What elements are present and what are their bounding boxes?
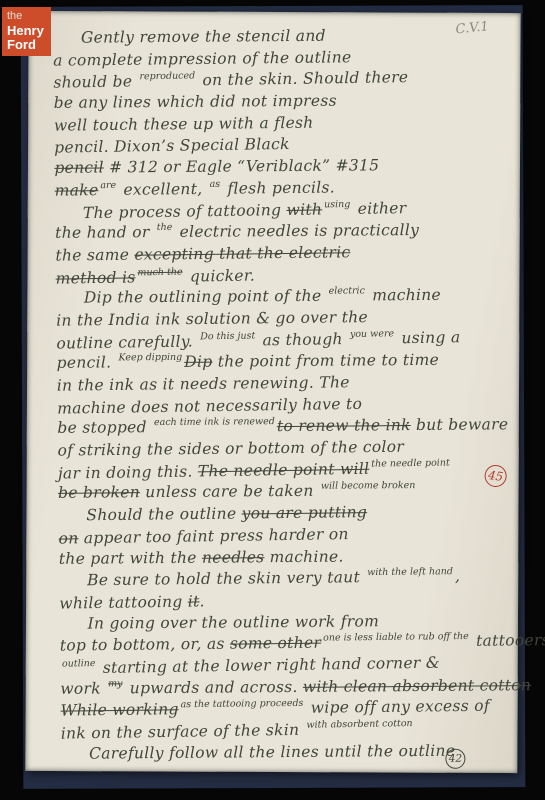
- inserted-text: with absorbent cotton: [306, 718, 412, 731]
- handwritten-text: tattooers recommend,: [471, 630, 545, 650]
- handwritten-text: in the ink as it needs renewing. The: [57, 373, 350, 394]
- handwritten-text: top to bottom, or, as: [60, 635, 230, 655]
- handwritten-text: be any lines which did not impress: [54, 92, 337, 112]
- handwritten-text: flesh pencils.: [222, 178, 335, 197]
- henry-ford-logo: the Henry Ford: [2, 7, 51, 56]
- handwritten-text: be stopped: [57, 418, 152, 437]
- struck-text: with: [286, 200, 322, 219]
- inserted-text: Do this just: [200, 330, 255, 342]
- handwritten-text: electric needles is practically: [174, 221, 419, 241]
- handwritten-text: well touch these up with a flesh: [54, 113, 314, 134]
- struck-text: to renew the ink: [277, 416, 411, 435]
- manuscript-line: be broken unless care be taken will beco…: [58, 480, 512, 505]
- struck-text: pencil: [54, 159, 104, 177]
- handwritten-text: while tattooing: [59, 592, 188, 612]
- handwritten-text: The process of tattooing: [83, 200, 287, 221]
- struck-text: be broken: [58, 484, 140, 503]
- handwritten-text: upwards and across.: [124, 678, 302, 697]
- handwritten-text: starting at the lower right hand corner …: [97, 654, 440, 677]
- handwritten-text: appear too faint press harder on: [78, 525, 349, 547]
- manuscript-line: pencil. Keep dippingDip the point from t…: [57, 350, 511, 375]
- handwritten-text: machine: [367, 286, 441, 305]
- inserted-text: electric: [329, 286, 365, 297]
- handwritten-text: ,: [455, 567, 460, 585]
- handwritten-text: pencil.: [57, 354, 117, 372]
- logo-text-henry: Henry: [7, 24, 51, 37]
- struck-text: it: [188, 592, 200, 610]
- struck-insertion: much the: [137, 266, 182, 278]
- circled-page-number: 42: [445, 749, 465, 769]
- handwritten-text: unless care be taken: [140, 482, 319, 501]
- struck-text: method is: [56, 268, 136, 287]
- manuscript-line: work my upwards and across. with clean a…: [60, 675, 514, 700]
- handwritten-text: as though: [257, 330, 348, 349]
- handwritten-text: ink on the surface of the skin: [61, 721, 305, 743]
- inserted-text: reproduced: [139, 71, 195, 83]
- inserted-text: using: [324, 198, 350, 209]
- handwritten-text: work: [60, 679, 106, 697]
- manuscript-lines: Gently remove the stencil and a complete…: [53, 23, 515, 765]
- inserted-text: one is less liable to rub off the: [323, 631, 469, 644]
- struck-text: with clean absorbent cotton: [303, 676, 531, 696]
- inserted-text: you were: [350, 328, 394, 340]
- handwritten-text: the hand or: [55, 223, 155, 242]
- handwritten-text: using a: [396, 328, 461, 347]
- handwritten-text: but beware: [411, 416, 509, 435]
- inserted-text: the needle point: [371, 457, 450, 469]
- handwritten-text: In going over the outline work from: [88, 612, 380, 632]
- handwritten-text: Dip the outlining point of the: [84, 287, 327, 307]
- struck-text: excepting that the electric: [134, 243, 350, 263]
- handwritten-text: the point from time to time: [212, 351, 439, 371]
- manuscript-line: be any lines which did not impress: [54, 89, 508, 114]
- manuscript-line: Dip the outlining point of the electric …: [56, 285, 510, 310]
- handwritten-text: a complete impression of the outline: [53, 48, 351, 69]
- struck-insertion: my: [108, 678, 122, 689]
- handwritten-text: of striking the sides or bottom of the c…: [58, 438, 405, 460]
- manuscript-line: be stopped each time ink is renewedto re…: [57, 415, 511, 440]
- handwritten-text: should be: [53, 73, 137, 92]
- handwritten-text: in the India ink solution & go over the: [56, 308, 368, 330]
- handwritten-text: outline carefully.: [56, 332, 198, 352]
- handwritten-text: on the skin. Should there: [197, 68, 408, 89]
- struck-text: needles: [202, 548, 265, 566]
- handwritten-text: Carefully follow all the lines until the…: [89, 741, 455, 762]
- manuscript-line: the hand or the electric needles is prac…: [55, 219, 509, 244]
- struck-text: Dip: [184, 353, 212, 371]
- handwritten-text: .: [199, 592, 205, 610]
- struck-text: make: [55, 181, 99, 199]
- handwritten-text: jar in doing this.: [58, 462, 198, 482]
- inserted-text: will become broken: [321, 480, 416, 492]
- inserted-text: as the tattooing proceeds: [181, 698, 304, 710]
- struck-text: on: [58, 529, 78, 547]
- inserted-text: are: [100, 180, 116, 191]
- inserted-text: Keep dipping: [118, 352, 182, 364]
- handwritten-text: excellent,: [118, 180, 208, 199]
- inserted-text: each time ink is renewed: [154, 416, 275, 428]
- struck-text: you are putting: [242, 503, 368, 522]
- handwritten-text: machine does not necessarily have to: [57, 395, 362, 418]
- inserted-text: with the left hand: [367, 566, 453, 578]
- manuscript-page: C.V.1 Gently remove the stencil and a co…: [25, 11, 520, 773]
- inserted-text: outline: [62, 658, 96, 670]
- inserted-text: the: [157, 222, 173, 233]
- struck-text: The needle point will: [198, 459, 370, 480]
- handwritten-text: pencil. Dixon’s Special Black: [54, 135, 290, 157]
- manuscript-line: pencil # 312 or Eagle “Veriblack” #315: [54, 154, 508, 179]
- inserted-text: as: [210, 179, 221, 190]
- handwritten-text: Gently remove the stencil and: [81, 27, 326, 47]
- logo-text-ford: Ford: [7, 38, 51, 51]
- handwritten-text: the same: [55, 246, 134, 265]
- handwritten-text: Should the outline: [86, 505, 241, 525]
- handwritten-text: quicker.: [185, 266, 256, 285]
- struck-text: some other: [230, 634, 321, 653]
- photo-background: C.V.1 Gently remove the stencil and a co…: [0, 0, 545, 800]
- logo-text-the: the: [7, 11, 51, 22]
- handwritten-text: either: [352, 199, 406, 218]
- handwritten-text: wipe off any excess of: [305, 697, 490, 717]
- handwritten-text: the part with the: [59, 548, 202, 567]
- handwritten-text: # 312 or Eagle “Veriblack” #315: [104, 156, 380, 176]
- handwritten-text: machine.: [264, 547, 343, 566]
- struck-text: While working: [60, 701, 178, 720]
- handwritten-text: Be sure to hold the skin very taut: [87, 568, 365, 589]
- manuscript-line: Gently remove the stencil and: [53, 24, 507, 49]
